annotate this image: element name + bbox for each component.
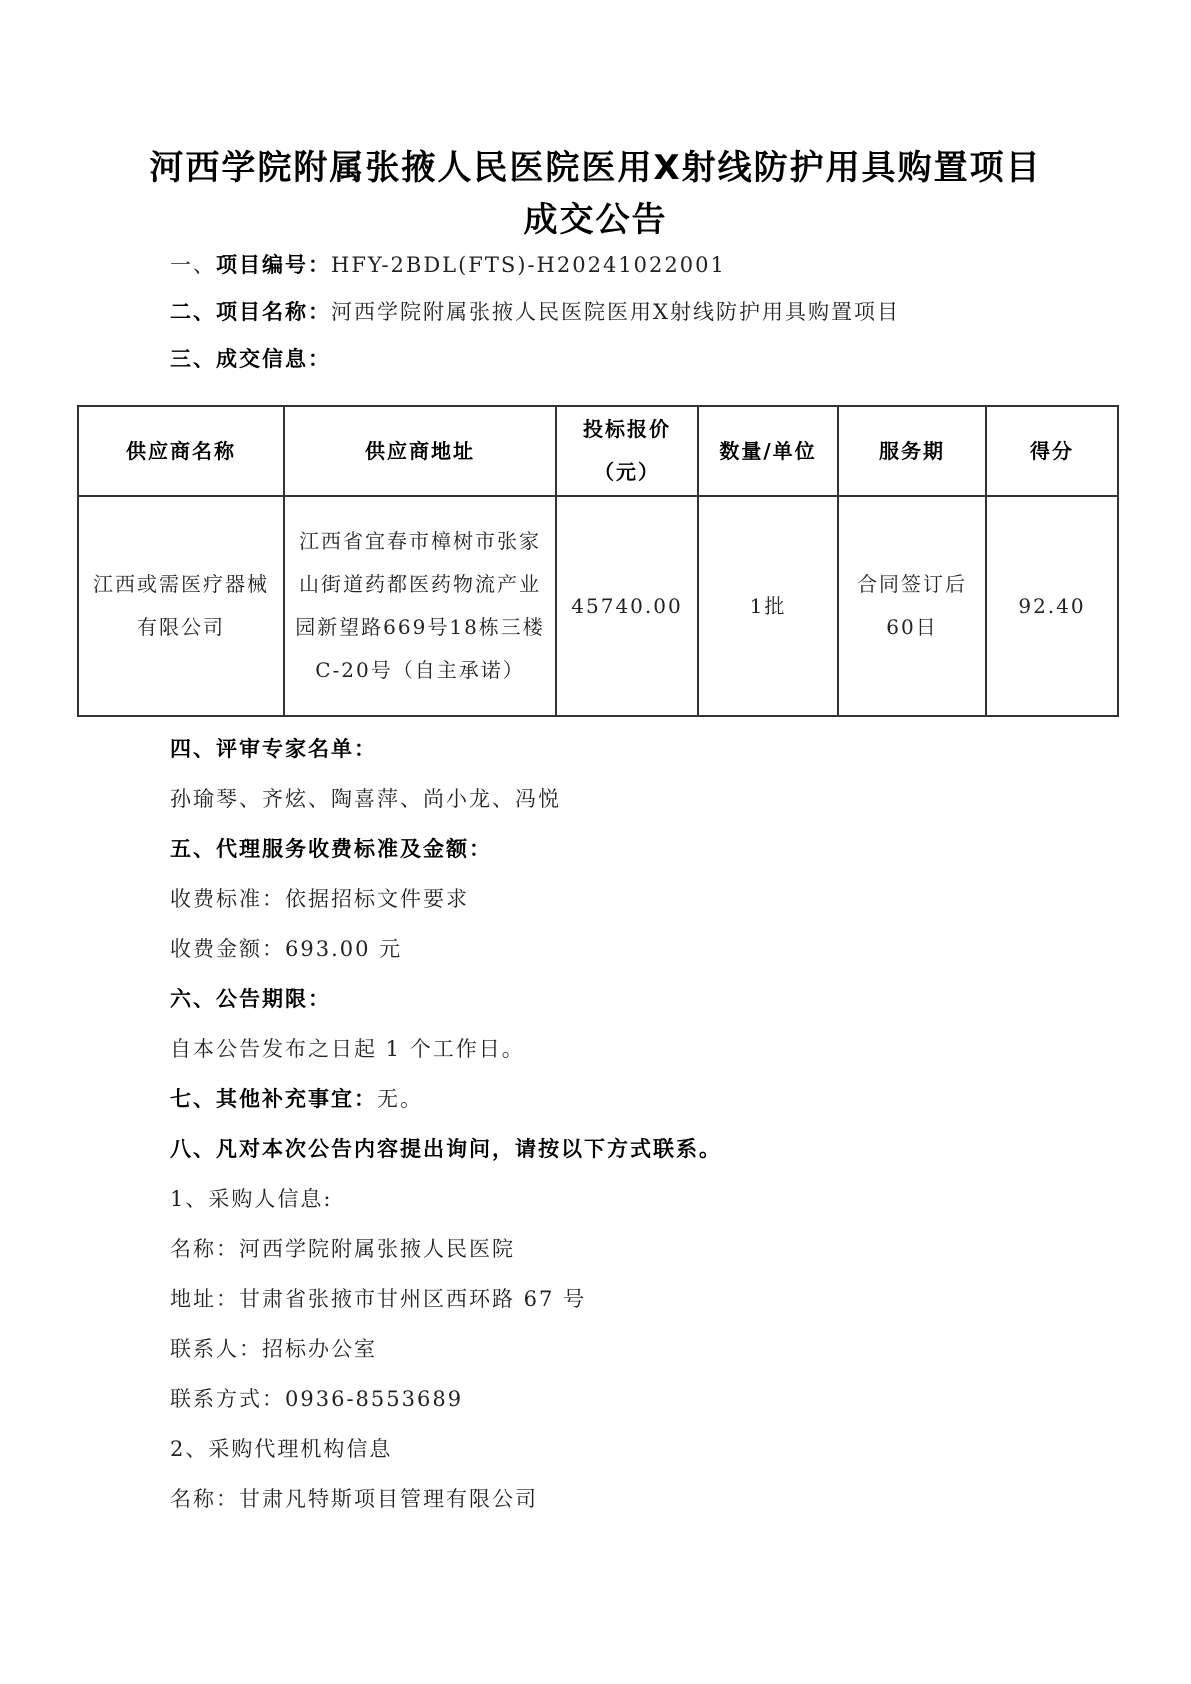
fee-standard: 收费标准：依据招标文件要求 — [170, 884, 469, 914]
document-title-line2: 成交公告 — [0, 192, 1191, 241]
project-number: 一、项目编号：HFY-2BDL(FTS)-H20241022001 — [170, 250, 726, 280]
cell-supplier-address: 江西省宜春市樟树市张家山街道药都医药物流产业园新望路669号18栋三楼C-20号… — [284, 496, 556, 716]
cell-supplier-name: 江西或需医疗器械有限公司 — [78, 496, 284, 716]
section8-heading: 八、凡对本次公告内容提出询问，请按以下方式联系。 — [170, 1134, 722, 1164]
section7-value: 无。 — [377, 1087, 423, 1111]
section1-label: 一、 — [170, 253, 216, 277]
section3-heading: 三、成交信息： — [170, 344, 331, 374]
deal-info-table: 供应商名称 供应商地址 投标报价（元） 数量/单位 服务期 得分 江西或需医疗器… — [77, 405, 1119, 717]
other-matters: 七、其他补充事宜：无。 — [170, 1084, 423, 1114]
agency-name: 名称：甘肃凡特斯项目管理有限公司 — [170, 1484, 538, 1514]
section7-key: 七、其他补充事宜： — [170, 1087, 377, 1111]
fee-amount: 收费金额：693.00 元 — [170, 934, 402, 964]
cell-bid-price: 45740.00 — [556, 496, 698, 716]
section1-key: 项目编号： — [216, 253, 331, 277]
section4-heading: 四、评审专家名单： — [170, 734, 377, 764]
header-supplier-address: 供应商地址 — [284, 406, 556, 496]
table-header-row: 供应商名称 供应商地址 投标报价（元） 数量/单位 服务期 得分 — [78, 406, 1118, 496]
section1-value: HFY-2BDL(FTS)-H20241022001 — [331, 253, 726, 277]
cell-service-period: 合同签订后60日 — [838, 496, 986, 716]
notice-period: 自本公告发布之日起 1 个工作日。 — [170, 1034, 525, 1064]
section6-heading: 六、公告期限： — [170, 984, 331, 1014]
cell-score: 92.40 — [986, 496, 1118, 716]
cell-quantity-unit: 1批 — [698, 496, 838, 716]
project-name: 二、项目名称：河西学院附属张掖人民医院医用X射线防护用具购置项目 — [170, 297, 900, 327]
section2-label: 二、 — [170, 300, 216, 324]
agency-heading: 2、采购代理机构信息 — [170, 1434, 392, 1464]
expert-list: 孙瑜琴、齐炫、陶喜萍、尚小龙、冯悦 — [170, 784, 561, 814]
purchaser-name: 名称：河西学院附属张掖人民医院 — [170, 1234, 515, 1264]
header-score: 得分 — [986, 406, 1118, 496]
section5-heading: 五、代理服务收费标准及金额： — [170, 834, 492, 864]
purchaser-heading: 1、采购人信息: — [170, 1184, 332, 1214]
section2-value: 河西学院附属张掖人民医院医用X射线防护用具购置项目 — [331, 300, 900, 324]
purchaser-contact: 联系人：招标办公室 — [170, 1334, 377, 1364]
header-quantity-unit: 数量/单位 — [698, 406, 838, 496]
purchaser-address: 地址：甘肃省张掖市甘州区西环路 67 号 — [170, 1284, 586, 1314]
document-title-line1: 河西学院附属张掖人民医院医用X射线防护用具购置项目 — [0, 140, 1191, 189]
header-supplier-name: 供应商名称 — [78, 406, 284, 496]
table-row: 江西或需医疗器械有限公司 江西省宜春市樟树市张家山街道药都医药物流产业园新望路6… — [78, 496, 1118, 716]
section2-key: 项目名称： — [216, 300, 331, 324]
header-bid-price: 投标报价（元） — [556, 406, 698, 496]
header-service-period: 服务期 — [838, 406, 986, 496]
purchaser-phone: 联系方式：0936-8553689 — [170, 1384, 463, 1414]
